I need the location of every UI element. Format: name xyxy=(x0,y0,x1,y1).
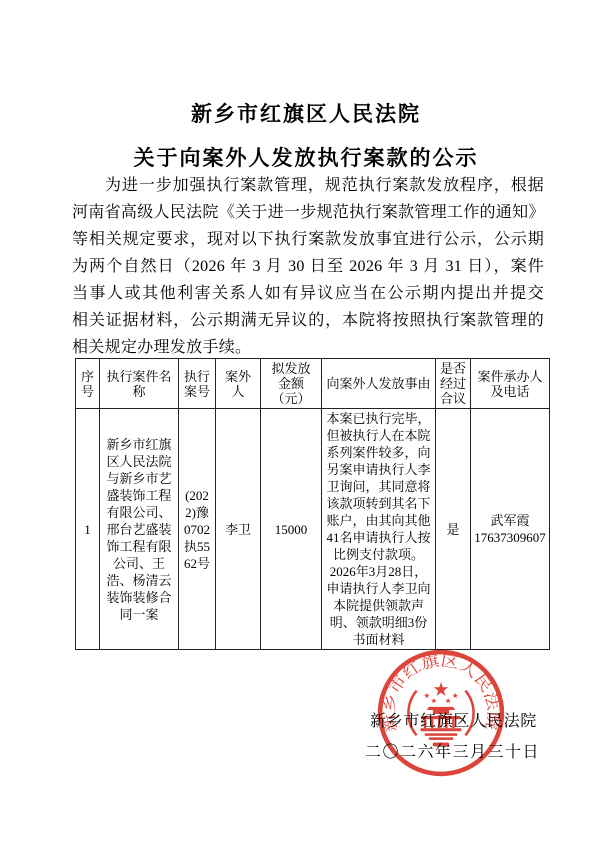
seal-emblem-icon xyxy=(421,707,462,747)
intro-line: 等相关规定要求，现对以下执行案款发放事宜进行公示，公示期 xyxy=(72,226,544,253)
cell-case-name: 新乡市红旗区人民法院与新乡市艺盛装饰工程有限公司、邢台艺盛装饰工程有限公司、王浩… xyxy=(100,409,179,650)
intro-paragraph: 为进一步加强执行案款管理，规范执行案款发放程序，根据 河南省高级人民法院《关于进… xyxy=(72,172,544,361)
header-handler: 案件承办人 及电话 xyxy=(471,359,550,409)
intro-line: 为进一步加强执行案款管理，规范执行案款发放程序，根据 xyxy=(72,172,544,199)
seal-star-icon xyxy=(434,682,448,696)
cell-deliberated: 是 xyxy=(436,409,471,650)
cell-seq: 1 xyxy=(76,409,100,650)
intro-line: 河南省高级人民法院《关于进一步规范执行案款管理工作的通知》 xyxy=(72,199,544,226)
header-case-no: 执行 案号 xyxy=(179,359,216,409)
seal-arc-text: 新乡市红旗区人民法院 xyxy=(381,652,502,733)
table-header-row: 序 号 执行案件名 称 执行 案号 案外 人 拟发放 金额 （元） 向案外人发放… xyxy=(76,359,550,409)
header-deliberated: 是否 经过 合议 xyxy=(436,359,471,409)
header-seq: 序 号 xyxy=(76,359,100,409)
seal-small-stars-icon xyxy=(424,693,458,704)
court-seal-icon: 新乡市红旗区人民法院 xyxy=(374,646,508,780)
svg-text:新乡市红旗区人民法院: 新乡市红旗区人民法院 xyxy=(381,652,502,733)
intro-line: 当事人或其他利害关系人如有异议应当在公示期内提出并提交 xyxy=(72,280,544,307)
cell-case-no: (2022)豫0702执5562号 xyxy=(179,409,216,650)
intro-line: 相关规定办理发放手续。 xyxy=(72,334,544,361)
intro-line: 相关证据材料，公示期满无异议的，本院将按照执行案款管理的 xyxy=(72,307,544,334)
notice-title: 关于向案外人发放执行案款的公示 xyxy=(0,142,612,172)
cell-amount: 15000 xyxy=(261,409,322,650)
cell-reason: 本案已执行完毕，但被执行人在本院系列案件较多，向另案申请执行人李卫询问，其同意将… xyxy=(322,409,436,650)
header-case-name: 执行案件名 称 xyxy=(100,359,179,409)
document-page: 新乡市红旗区人民法院 关于向案外人发放执行案款的公示 为进一步加强执行案款管理，… xyxy=(0,0,612,844)
cell-handler: 武军霞 17637309607 xyxy=(471,409,550,650)
court-title: 新乡市红旗区人民法院 xyxy=(0,98,612,128)
cell-outsider: 李卫 xyxy=(216,409,261,650)
intro-line: 为两个自然日（2026 年 3 月 30 日至 2026 年 3 月 31 日）… xyxy=(72,253,544,280)
header-reason: 向案外人发放事由 xyxy=(322,359,436,409)
header-outsider: 案外 人 xyxy=(216,359,261,409)
table-row: 1 新乡市红旗区人民法院与新乡市艺盛装饰工程有限公司、邢台艺盛装饰工程有限公司、… xyxy=(76,409,550,650)
header-amount: 拟发放 金额 （元） xyxy=(261,359,322,409)
notice-table: 序 号 执行案件名 称 执行 案号 案外 人 拟发放 金额 （元） 向案外人发放… xyxy=(75,358,550,650)
